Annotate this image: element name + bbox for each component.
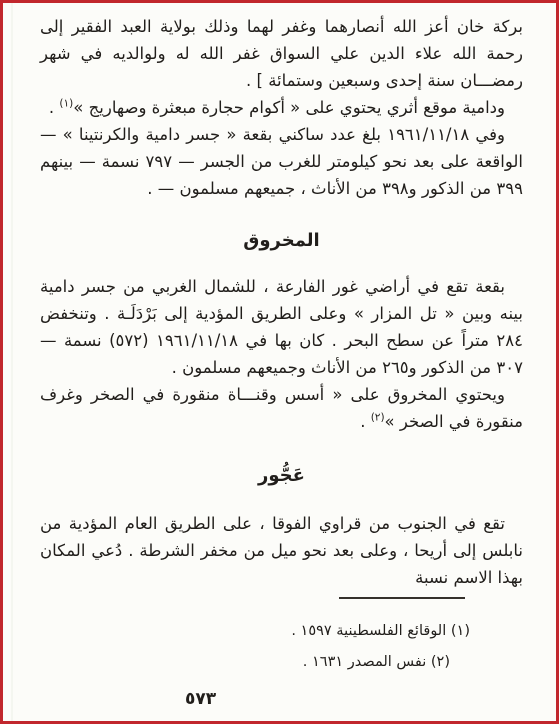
footnotes-block: (١) الوقائع الفلسطينية ١٥٩٧ . (٢) نفس ال… (291, 597, 470, 678)
page-body-text: بركة خان أعز الله أنصارهما وغفر لهما وذل… (40, 13, 523, 591)
page-number: ٥٧٣ (185, 689, 216, 709)
paragraph-makhruq-description: بقعة تقع في أراضي غور الفارعة ، للشمال ا… (40, 273, 523, 381)
paragraph-damia-census: وفي ١٩٦١/١١/١٨ بلغ عدد ساكني بقعة « جسر … (40, 121, 523, 202)
paragraph-makhruq-contents: ويحتوي المخروق على « أسس وقنـــاة منقورة… (40, 381, 523, 435)
scan-artifact-line (11, 0, 13, 724)
footnote-1: (١) الوقائع الفلسطينية ١٥٩٧ . (291, 616, 470, 647)
paragraph-damia-site-tail: . (49, 98, 60, 117)
heading-ajjur: عَجُّور (40, 462, 523, 489)
footnote-2: (٢) نفس المصدر ١٦٣١ . (291, 647, 450, 678)
paragraph-damia-site: ودامية موقع أثري يحتوي على « أكوام حجارة… (40, 94, 523, 121)
heading-almakhruq: المخروق (40, 227, 523, 254)
paragraph-ajjur-description: تقع في الجنوب من قراوي الفوقا ، على الطر… (40, 510, 523, 591)
paragraph-damia-site-text: ودامية موقع أثري يحتوي على « أكوام حجارة… (73, 98, 505, 117)
paragraph-makhruq-contents-tail: . (360, 412, 371, 431)
paragraph-makhruq-contents-text: ويحتوي المخروق على « أسس وقنـــاة منقورة… (40, 385, 523, 431)
footnote-ref-2: (٢) (371, 412, 385, 424)
paragraph-intro-continuation: بركة خان أعز الله أنصارهما وغفر لهما وذل… (40, 13, 523, 94)
footnote-ref-1: (١) (59, 98, 73, 110)
footnote-separator (339, 597, 465, 599)
